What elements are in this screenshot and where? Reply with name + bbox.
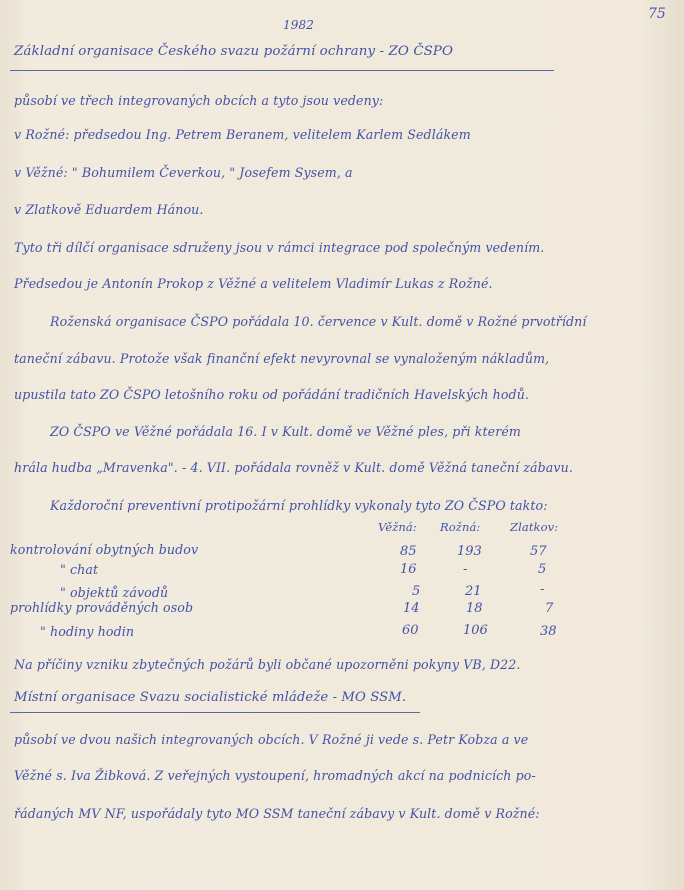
text-line: řádaných MV NF, uspořádaly tyto MO SSM t… <box>14 806 540 821</box>
text-line: v Věžné: " Bohumilem Čeverkou, " Josefem… <box>14 165 353 180</box>
table-cell: 38 <box>540 624 557 639</box>
text-line: Roženská organisace ČSPO pořádala 10. če… <box>50 314 587 329</box>
table-cell: - <box>463 562 467 577</box>
text-line: působí ve třech integrovaných obcích a t… <box>14 93 383 108</box>
table-row-label: " chat <box>60 562 98 577</box>
text-line: Každoroční preventivní protipožární proh… <box>50 498 548 513</box>
text-line: Na příčiny vzniku zbytečných požárů byli… <box>14 657 520 672</box>
text-line: v Zlatkově Eduardem Hánou. <box>14 202 204 217</box>
table-cell: 21 <box>465 584 482 599</box>
table-cell: 57 <box>530 544 547 559</box>
heading-underline <box>10 712 420 713</box>
table-cell: 85 <box>400 544 417 559</box>
table-cell: 5 <box>538 562 546 577</box>
table-cell: 16 <box>400 562 417 577</box>
table-cell: 14 <box>403 601 420 616</box>
text-line: v Rožné: předsedou Ing. Petrem Beranem, … <box>14 127 471 142</box>
text-line: hrála hudba „Mravenka". - 4. VII. pořáda… <box>14 460 573 475</box>
handwritten-chronicle-page: 75 1982 Základní organisace Českého svaz… <box>0 0 684 890</box>
text-line: upustila tato ZO ČSPO letošního roku od … <box>14 387 529 402</box>
table-row-label: prohlídky prováděných osob <box>10 600 193 615</box>
text-line: Předsedou je Antonín Prokop z Věžné a ve… <box>14 276 493 291</box>
table-row-label: kontrolování obytných budov <box>10 542 198 557</box>
table-cell: 7 <box>545 601 553 616</box>
year-label: 1982 <box>283 18 314 32</box>
section-heading-zo-cspo: Základní organisace Českého svazu požárn… <box>14 44 453 59</box>
table-cell: 5 <box>412 584 420 599</box>
column-header: Věžná: <box>378 520 417 534</box>
text-line: Tyto tři dílčí organisace sdruženy jsou … <box>14 240 544 255</box>
table-cell: - <box>540 582 544 597</box>
page-number: 75 <box>648 6 666 22</box>
text-line: taneční zábavu. Protože však finanční ef… <box>14 351 549 366</box>
table-row-label: " objektů závodů <box>60 585 168 600</box>
column-header: Zlatkov: <box>510 520 558 534</box>
table-cell: 106 <box>463 623 488 638</box>
text-line: ZO ČSPO ve Věžné pořádala 16. I v Kult. … <box>50 424 521 439</box>
table-cell: 193 <box>457 544 482 559</box>
section-heading-mo-ssm: Místní organisace Svazu socialistické ml… <box>14 690 406 705</box>
table-row-label: " hodiny hodin <box>40 624 134 639</box>
text-line: působí ve dvou našich integrovaných obcí… <box>14 732 528 747</box>
table-cell: 60 <box>402 623 419 638</box>
text-line: Věžné s. Iva Žibková. Z veřejných vystou… <box>14 768 536 783</box>
heading-underline <box>10 70 554 71</box>
column-header: Rožná: <box>440 520 480 534</box>
table-cell: 18 <box>466 601 483 616</box>
